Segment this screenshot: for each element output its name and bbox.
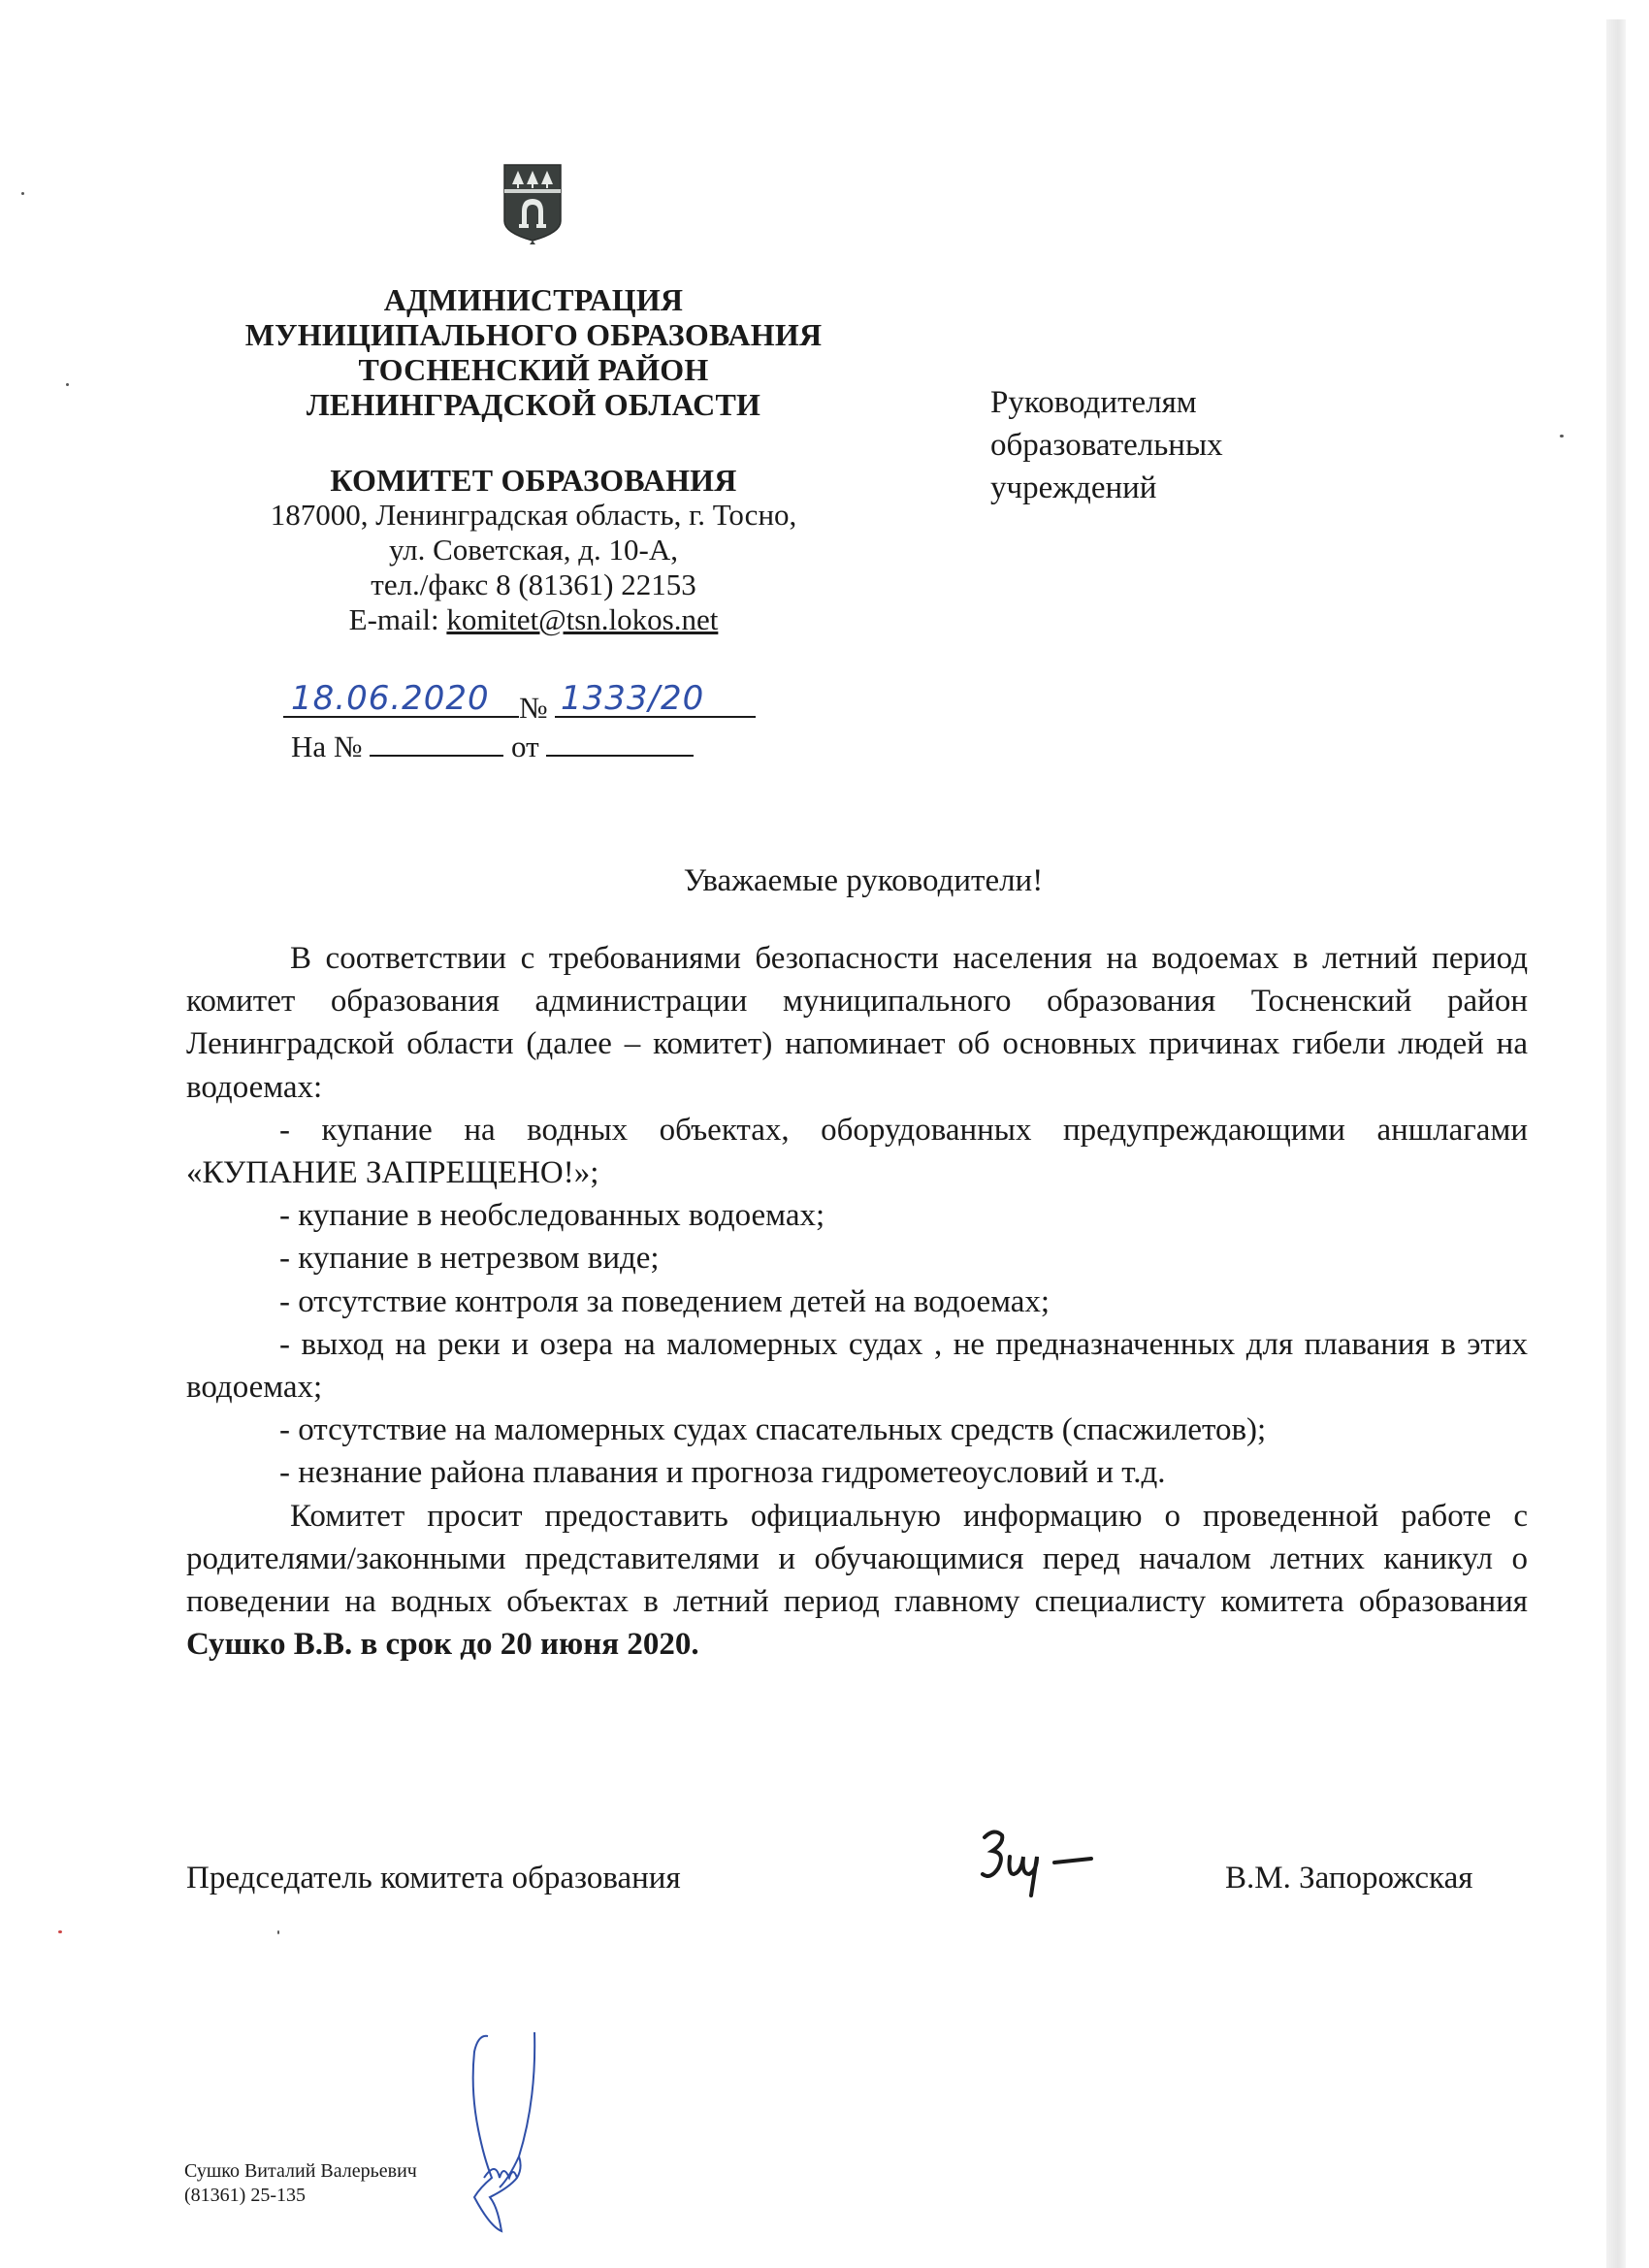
- number-sign: №: [519, 691, 548, 725]
- scan-speck: [1560, 435, 1564, 437]
- org-name-line-2: МУНИЦИПАЛЬНОГО ОБРАЗОВАНИЯ: [175, 317, 892, 352]
- email-line: E-mail: komitet@tsn.lokos.net: [175, 602, 892, 637]
- department-name: КОМИТЕТ ОБРАЗОВАНИЯ: [175, 463, 892, 498]
- org-name-line-1: АДМИНИСТРАЦИЯ: [175, 282, 892, 317]
- cause-item: - отсутствие контроля за поведением дете…: [186, 1280, 1528, 1323]
- salutation: Уважаемые руководители!: [175, 861, 1552, 900]
- signatory-name: В.М. Запорожская: [1225, 1861, 1472, 1896]
- reply-from-label: от: [511, 729, 539, 763]
- scan-speck: [277, 1930, 279, 1934]
- address-line-1: 187000, Ленинградская область, г. Тосно,: [175, 498, 892, 533]
- executor-name: Сушко Виталий Валерьевич: [184, 2159, 417, 2184]
- executor-contact: Сушко Виталий Валерьевич (81361) 25-135: [184, 2159, 417, 2208]
- executor-phone: (81361) 25-135: [184, 2184, 417, 2208]
- org-name-line-3: ТОСНЕНСКИЙ РАЙОН: [175, 352, 892, 387]
- phone-fax: тел./факс 8 (81361) 22153: [175, 567, 892, 602]
- request-text: Комитет просит предоставить официальную …: [186, 1499, 1528, 1619]
- org-name-line-4: ЛЕНИНГРАДСКОЙ ОБЛАСТИ: [175, 387, 892, 422]
- addressee-block: Руководителям образовательных учреждений: [990, 381, 1223, 509]
- cause-item: - незнание района плавания и прогноза ги…: [186, 1451, 1528, 1494]
- address-line-2: ул. Советская, д. 10-А,: [175, 533, 892, 567]
- signatory-role: Председатель комитета образования: [186, 1861, 681, 1896]
- letter-body: В соответствии с требованиями безопаснос…: [186, 937, 1528, 1666]
- addressee-line-3: учреждений: [990, 467, 1223, 509]
- addressee-line-2: образовательных: [990, 424, 1223, 467]
- executor-signature-icon: [441, 2032, 548, 2241]
- scan-speck: [21, 192, 24, 195]
- handwritten-number: 1333/20: [561, 679, 704, 718]
- reply-date-field: [546, 726, 694, 757]
- cause-item: - выход на реки и озера на маломерных су…: [186, 1323, 1528, 1409]
- scan-speck: [66, 383, 69, 386]
- chairman-signature-icon: [973, 1824, 1118, 1901]
- intro-paragraph: В соответствии с требованиями безопаснос…: [186, 937, 1528, 1109]
- cause-item: - купание в нетрезвом виде;: [186, 1237, 1528, 1280]
- addressee-line-1: Руководителям: [990, 381, 1223, 424]
- request-paragraph: Комитет просит предоставить официальную …: [186, 1495, 1528, 1667]
- reply-registration: На № от: [291, 726, 694, 764]
- cause-item: - отсутствие на маломерных судах спасате…: [186, 1409, 1528, 1451]
- email-link[interactable]: komitet@tsn.lokos.net: [446, 602, 718, 636]
- reply-number-field: [370, 726, 503, 757]
- scan-speck: [58, 1930, 62, 1933]
- cause-item: - купание в необследованных водоемах;: [186, 1194, 1528, 1237]
- cause-item: - купание на водных объектах, оборудован…: [186, 1109, 1528, 1194]
- email-label: E-mail:: [349, 602, 447, 636]
- coat-of-arms-icon: [502, 163, 563, 244]
- handwritten-date: 18.06.2020: [291, 679, 490, 718]
- scan-edge-shadow: [1606, 19, 1626, 2268]
- request-deadline: Сушко В.В. в срок до 20 июня 2020.: [186, 1627, 699, 1662]
- reply-number-label: На №: [291, 729, 362, 763]
